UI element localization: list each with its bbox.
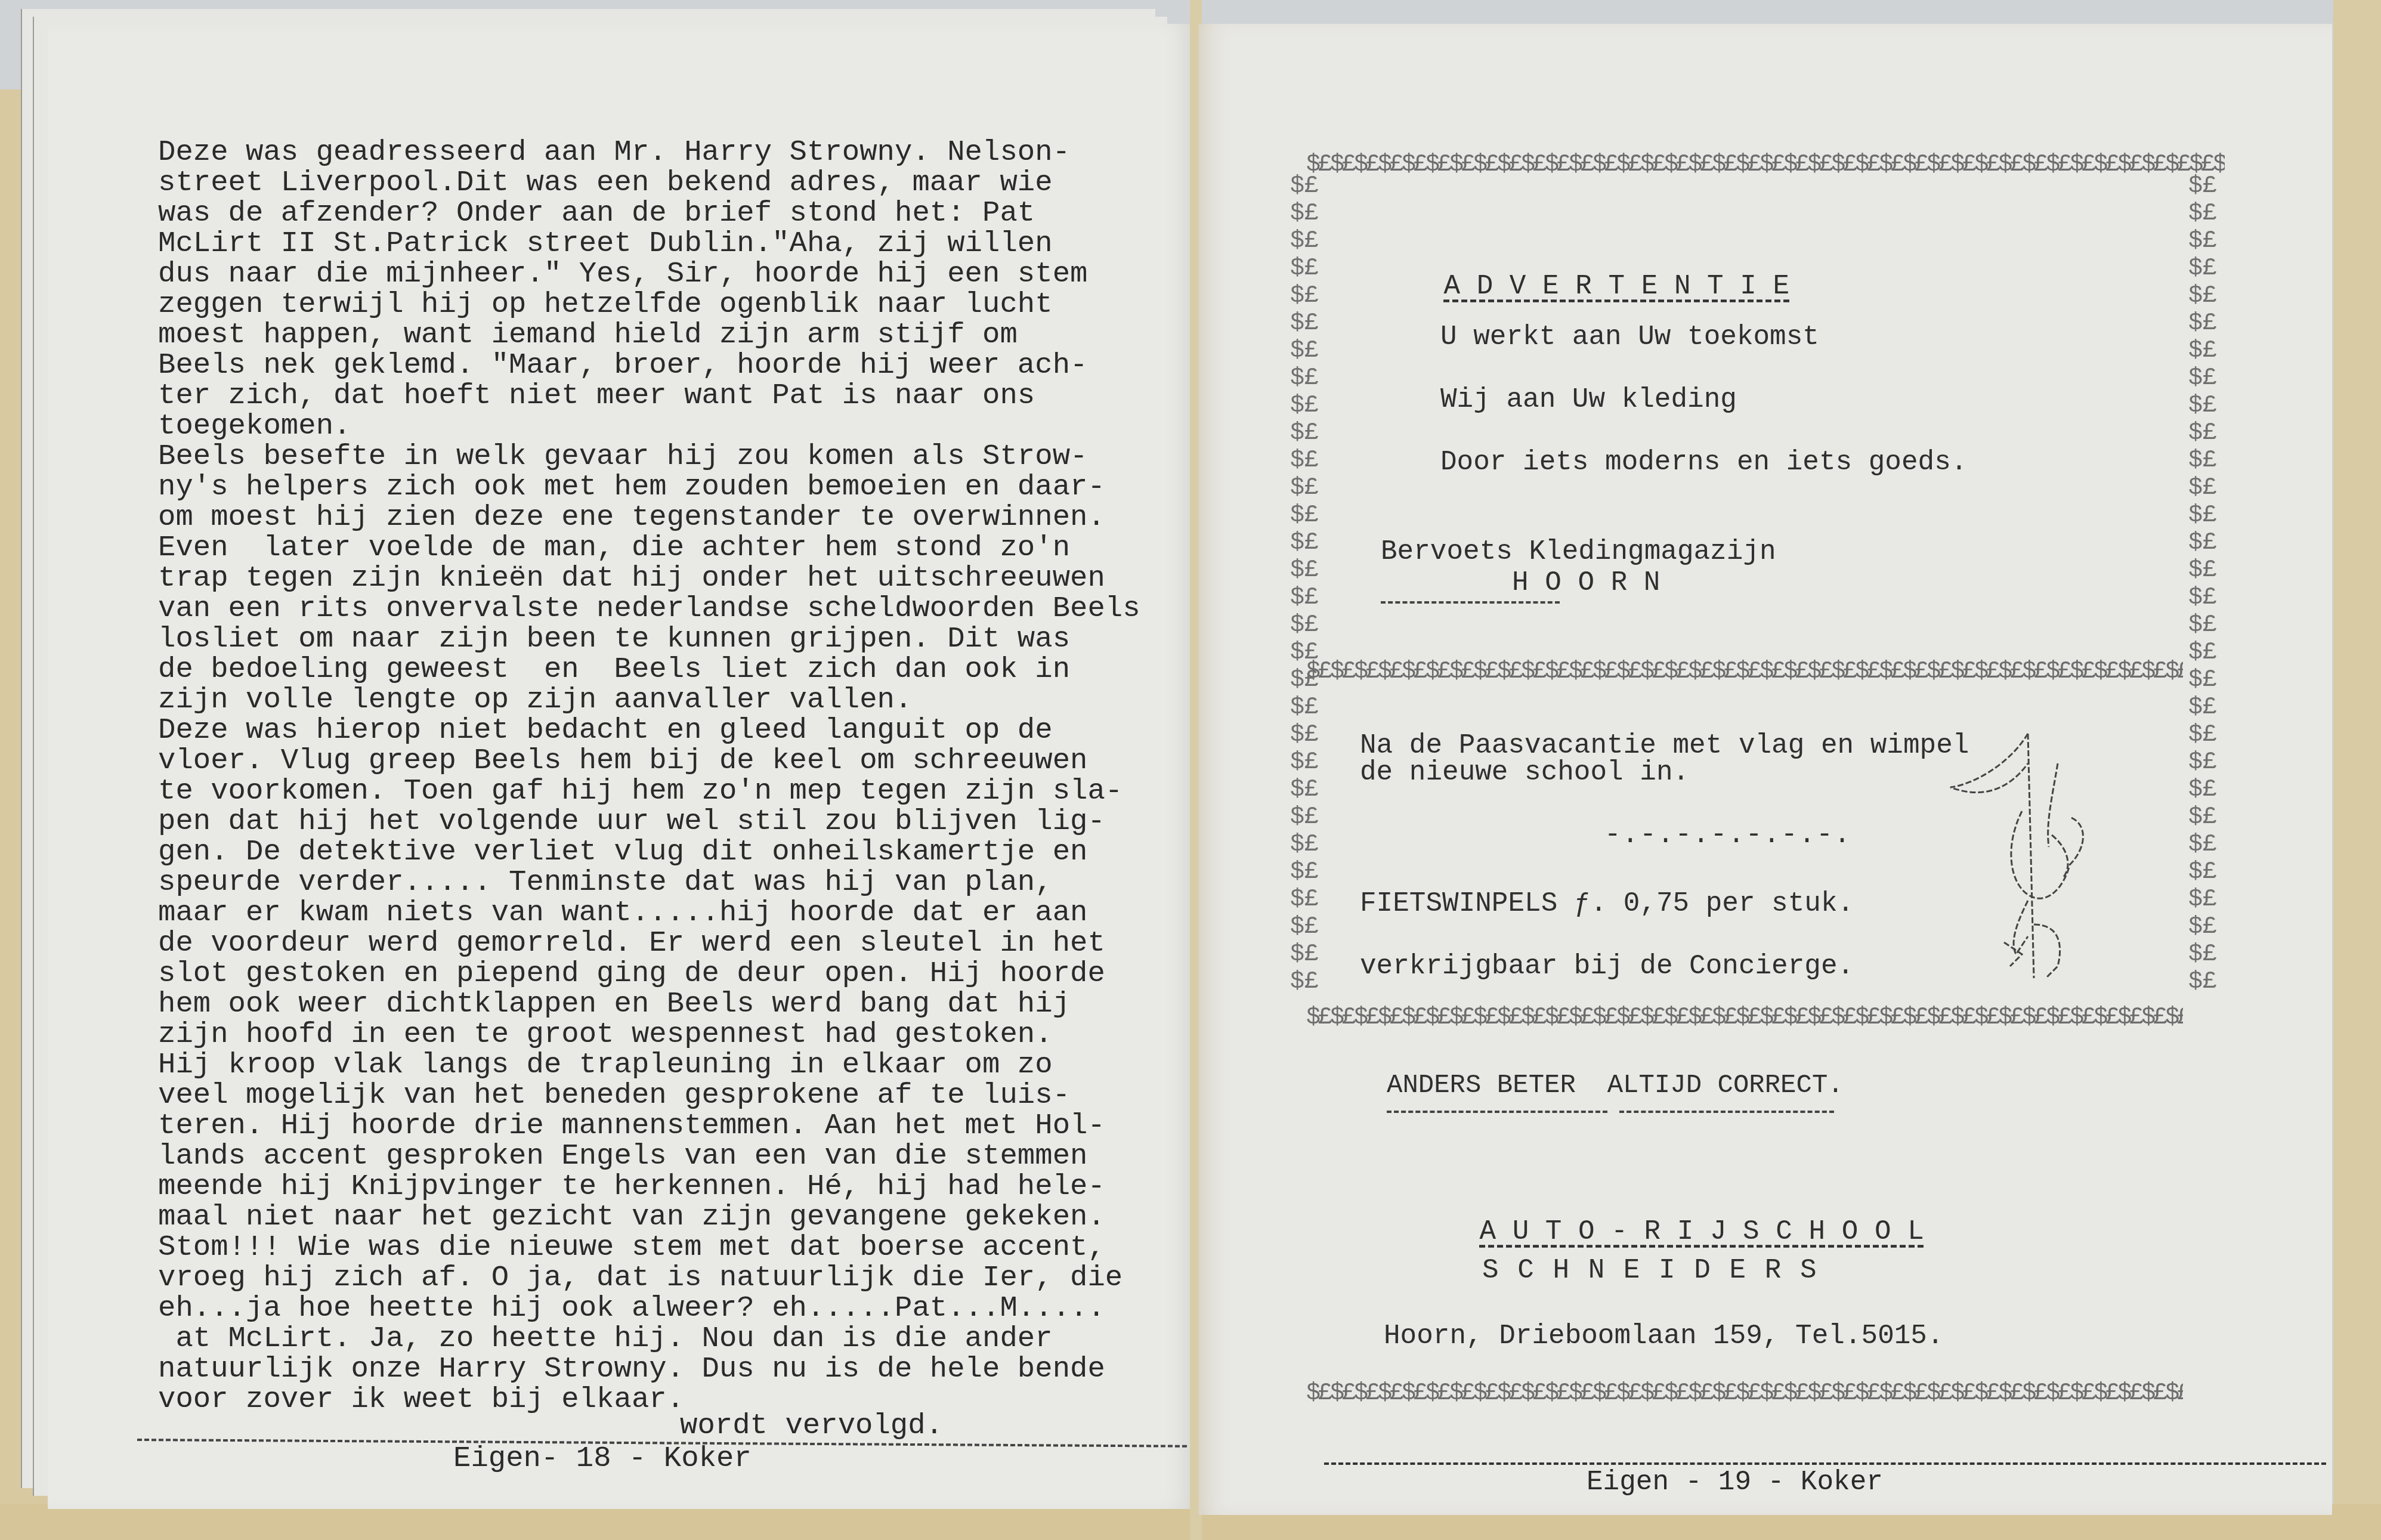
story-line: lands accent gesproken Engels van een va… xyxy=(158,1141,1140,1171)
ad1-line: Wij aan Uw kleding xyxy=(1440,385,1737,415)
story-line: van een rits onvervalste nederlandse sch… xyxy=(158,593,1140,624)
ornamental-border-divider-1: $£$£$£$£$£$£$£$£$£$£$£$£$£$£$£$£$£$£$£$£… xyxy=(1306,656,2183,688)
slogan-underline-2 xyxy=(1619,1111,1834,1113)
story-line: om moest hij zien deze ene tegenstander … xyxy=(158,502,1140,533)
story-line: trap tegen zijn knieën dat hij onder het… xyxy=(158,563,1140,593)
story-line: voor zover ik weet bij elkaar. xyxy=(158,1384,1140,1415)
right-page: $£$£$£$£$£$£$£$£$£$£$£$£$£$£$£$£$£$£$£$£… xyxy=(1199,24,2332,1515)
story-text: Deze was geadresseerd aan Mr. Harry Stro… xyxy=(158,137,1140,1415)
story-line: maal niet naar het gezicht van zijn geva… xyxy=(158,1202,1140,1232)
continued-note: wordt vervolgd. xyxy=(680,1411,943,1441)
story-line: vroeg hij zich af. O ja, dat is natuurli… xyxy=(158,1263,1140,1293)
shop-city: H O O R N xyxy=(1512,568,1660,598)
ornamental-border-top: $£$£$£$£$£$£$£$£$£$£$£$£$£$£$£$£$£$£$£$£… xyxy=(1306,149,2225,181)
story-line: hem ook weer dichtklappen en Beels werd … xyxy=(158,989,1140,1019)
story-line: zeggen terwijl hij op hetzelfde ogenblik… xyxy=(158,289,1140,320)
story-line: McLirt II St.Patrick street Dublin."Aha,… xyxy=(158,228,1140,259)
story-line: veel mogelijk van het beneden gesprokene… xyxy=(158,1080,1140,1111)
driving-school-owner: S C H N E I D E R S xyxy=(1482,1255,1818,1285)
ad1-line: Door iets moderns en iets goeds. xyxy=(1440,447,1967,477)
back-cover-edge-right xyxy=(2333,0,2381,1540)
ornamental-border-left: $£$£$£$£$£$£$£$£$£$£$£$£$£$£$£$£$£$£$£$£… xyxy=(1290,173,1319,1402)
ad-heading: A D V E R T E N T I E xyxy=(1378,242,1789,331)
ornamental-border-bottom: $£$£$£$£$£$£$£$£$£$£$£$£$£$£$£$£$£$£$£$£… xyxy=(1306,1378,2183,1410)
story-line: Hij kroop vlak langs de trapleuning in e… xyxy=(158,1050,1140,1080)
story-line: moest happen, want iemand hield zijn arm… xyxy=(158,320,1140,350)
story-line: Beels besefte in welk gevaar hij zou kom… xyxy=(158,441,1140,472)
story-line: meende hij Knijpvinger te herkennen. Hé,… xyxy=(158,1171,1140,1202)
driving-school-name-text: A U T O - R I J S C H O O L xyxy=(1479,1216,1924,1247)
story-line: street Liverpool.Dit was een bekend adre… xyxy=(158,168,1140,198)
page-number-footer: Eigen - 19 - Koker xyxy=(1587,1467,1883,1498)
slogan-underline-1 xyxy=(1387,1111,1607,1113)
story-line: zijn volle lengte op zijn aanvaller vall… xyxy=(158,685,1140,715)
left-page: Deze was geadresseerd aan Mr. Harry Stro… xyxy=(48,24,1193,1509)
story-line: Deze was geadresseerd aan Mr. Harry Stro… xyxy=(158,137,1140,168)
footer-rule xyxy=(1324,1462,2326,1465)
page-number-footer: Eigen- 18 - Koker xyxy=(453,1443,752,1474)
story-line: zijn hoofd in een te groot wespennest ha… xyxy=(158,1019,1140,1050)
story-line: was de afzender? Onder aan de brief ston… xyxy=(158,198,1140,228)
story-line: de bedoeling geweest en Beels liet zich … xyxy=(158,654,1140,685)
story-line: speurde verder..... Tenminste dat was hi… xyxy=(158,867,1140,898)
ornamental-border-right: $£$£$£$£$£$£$£$£$£$£$£$£$£$£$£$£$£$£$£$£… xyxy=(2188,173,2218,1402)
story-line: at McLirt. Ja, zo heette hij. Nou dan is… xyxy=(158,1323,1140,1354)
story-line: Beels nek geklemd. "Maar, broer, hoorde … xyxy=(158,350,1140,381)
story-line: de voordeur werd gemorreld. Er werd een … xyxy=(158,928,1140,958)
ad2-line: Na de Paasvacantie met vlag en wimpel xyxy=(1360,731,1969,760)
story-line: Deze was hierop niet bedacht en gleed la… xyxy=(158,715,1140,746)
story-line: Stom!!! Wie was die nieuwe stem met dat … xyxy=(158,1232,1140,1263)
story-line: ny's helpers zich ook met hem zouden bem… xyxy=(158,472,1140,502)
pennant-price: FIETSWINPELS ƒ. 0,75 per stuk. xyxy=(1360,889,1854,919)
story-line: losliet om naar zijn been te kunnen grij… xyxy=(158,624,1140,654)
story-line: teren. Hij hoorde drie mannenstemmen. Aa… xyxy=(158,1111,1140,1141)
story-line: slot gestoken en piepend ging de deur op… xyxy=(158,958,1140,989)
ad1-line: U werkt aan Uw toekomst xyxy=(1440,322,1819,352)
shop-name: Bervoets Kledingmagazijn xyxy=(1381,537,1776,567)
driving-school-slogan: ANDERS BETER ALTIJD CORRECT. xyxy=(1387,1071,1844,1100)
shop-city-underline xyxy=(1381,601,1560,604)
driving-school-address: Hoorn, Drieboomlaan 159, Tel.5015. xyxy=(1384,1321,1944,1351)
story-line: eh...ja hoe heette hij ook alweer? eh...… xyxy=(158,1293,1140,1323)
story-line: dus naar die mijnheer." Yes, Sir, hoorde… xyxy=(158,259,1140,289)
story-line: gen. De detektive verliet vlug dit onhei… xyxy=(158,837,1140,867)
story-line: vloer. Vlug greep Beels hem bij de keel … xyxy=(158,746,1140,776)
story-line: ter zich, dat hoeft niet meer want Pat i… xyxy=(158,381,1140,411)
story-line: natuurlijk onze Harry Strowny. Dus nu is… xyxy=(158,1354,1140,1384)
story-line: Even later voelde de man, die achter hem… xyxy=(158,533,1140,563)
ornamental-border-divider-2: $£$£$£$£$£$£$£$£$£$£$£$£$£$£$£$£$£$£$£$£… xyxy=(1306,1002,2183,1034)
story-line: maar er kwam niets van want.....hij hoor… xyxy=(158,898,1140,928)
story-line: te voorkomen. Toen gaf hij hem zo'n mep … xyxy=(158,776,1140,806)
pennant-availability: verkrijgbaar bij de Concierge. xyxy=(1360,951,1854,981)
advertentie-heading: A D V E R T E N T I E xyxy=(1443,271,1789,302)
story-line: toegekomen. xyxy=(158,411,1140,441)
ad2-line: de nieuwe school in. xyxy=(1360,757,1689,787)
story-line: pen dat hij het volgende uur wel stil zo… xyxy=(158,806,1140,837)
ad2-separator: -.-.-.-.-.-.-. xyxy=(1604,820,1851,850)
